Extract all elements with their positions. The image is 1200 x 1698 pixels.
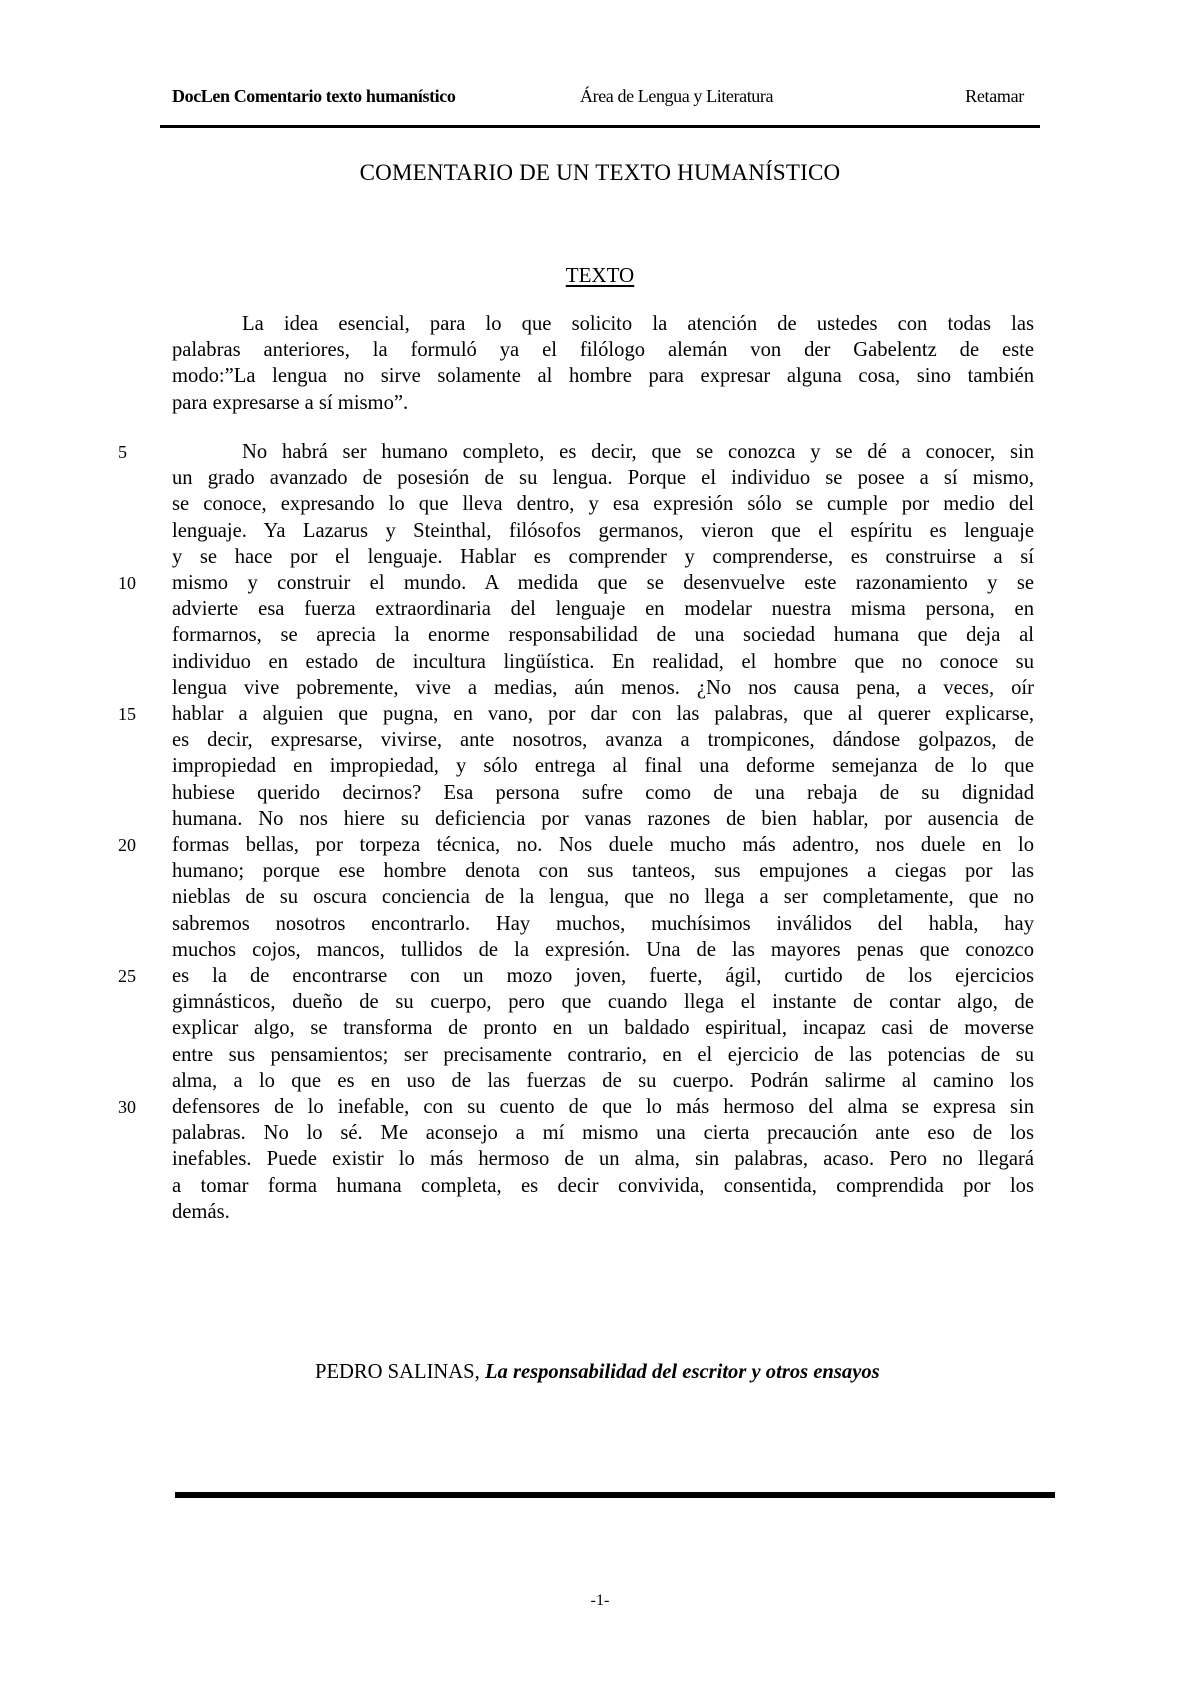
text-line: para expresarse a sí mismo”. (172, 390, 1034, 416)
page-header: DocLen Comentario texto humanístico Área… (160, 86, 1040, 114)
citation: PEDRO SALINAS, La responsabilidad del es… (160, 1361, 1040, 1384)
text-line: humano; porque ese hombre denota con sus… (172, 858, 1034, 884)
text-line: palabras anteriores, la formuló ya el fi… (172, 337, 1034, 363)
line-number: 25 (118, 963, 136, 989)
text-line: demás. (172, 1199, 1034, 1225)
text-line: formas bellas, por torpeza técnica, no. … (172, 832, 1034, 858)
text-line: La idea esencial, para lo que solicito l… (172, 311, 1034, 337)
text-line: y se hace por el lenguaje. Hablar es com… (172, 544, 1034, 570)
text-line: humana. No nos hiere su deficiencia por … (172, 806, 1034, 832)
text-line: palabras. No lo sé. Me aconsejo a mí mis… (172, 1120, 1034, 1146)
text-line: formarnos, se aprecia la enorme responsa… (172, 622, 1034, 648)
header-department: Área de Lengua y Literatura (580, 86, 773, 107)
text-line: muchos cojos, mancos, tullidos de la exp… (172, 937, 1034, 963)
text-line: defensores de lo inefable, con su cuento… (172, 1094, 1034, 1120)
section-heading: TEXTO (160, 263, 1040, 288)
text-line: lenguaje. Ya Lazarus y Steinthal, filóso… (172, 518, 1034, 544)
header-document-name: DocLen Comentario texto humanístico (172, 86, 455, 107)
text-line: es la de encontrarse con un mozo joven, … (172, 963, 1034, 989)
text-line: sabremos nosotros encontrarlo. Hay mucho… (172, 911, 1034, 937)
citation-author: PEDRO SALINAS, (315, 1361, 480, 1383)
text-line: entre sus pensamientos; ser precisamente… (172, 1042, 1034, 1068)
text-line: un grado avanzado de posesión de su leng… (172, 465, 1034, 491)
citation-work-title: La responsabilidad del escritor y otros … (485, 1361, 880, 1383)
page-number: -1- (160, 1592, 1040, 1610)
section-heading-text: TEXTO (566, 263, 634, 287)
line-number: 20 (118, 832, 136, 858)
line-number: 10 (118, 570, 136, 596)
text-line: impropiedad en impropiedad, y sólo entre… (172, 753, 1034, 779)
text-line: es decir, expresarse, vivirse, ante noso… (172, 727, 1034, 753)
text-line: mismo y construir el mundo. A medida que… (172, 570, 1034, 596)
text-line: No habrá ser humano completo, es decir, … (172, 439, 1034, 465)
text-line: lengua vive pobremente, vive a medias, a… (172, 675, 1034, 701)
text-line: explicar algo, se transforma de pronto e… (172, 1015, 1034, 1041)
text-line: se conoce, expresando lo que lleva dentr… (172, 491, 1034, 517)
text-line: nieblas de su oscura conciencia de la le… (172, 884, 1034, 910)
text-line: hubiese querido decirnos? Esa persona su… (172, 780, 1034, 806)
text-line: gimnásticos, dueño de su cuerpo, pero qu… (172, 989, 1034, 1015)
line-number: 5 (118, 439, 127, 465)
line-number: 15 (118, 701, 136, 727)
text-line: modo:”La lengua no sirve solamente al ho… (172, 363, 1034, 389)
text-line: hablar a alguien que pugna, en vano, por… (172, 701, 1034, 727)
header-divider (160, 125, 1040, 128)
line-number: 30 (118, 1094, 136, 1120)
text-line: a tomar forma humana completa, es decir … (172, 1173, 1034, 1199)
footer-divider (175, 1492, 1055, 1498)
text-line: inefables. Puede existir lo más hermoso … (172, 1146, 1034, 1172)
document-title: COMENTARIO DE UN TEXTO HUMANÍSTICO (160, 160, 1040, 186)
text-line: individuo en estado de incultura lingüís… (172, 649, 1034, 675)
text-line: advierte esa fuerza extraordinaria del l… (172, 596, 1034, 622)
text-line: alma, a lo que es en uso de las fuerzas … (172, 1068, 1034, 1094)
header-school: Retamar (965, 86, 1024, 107)
